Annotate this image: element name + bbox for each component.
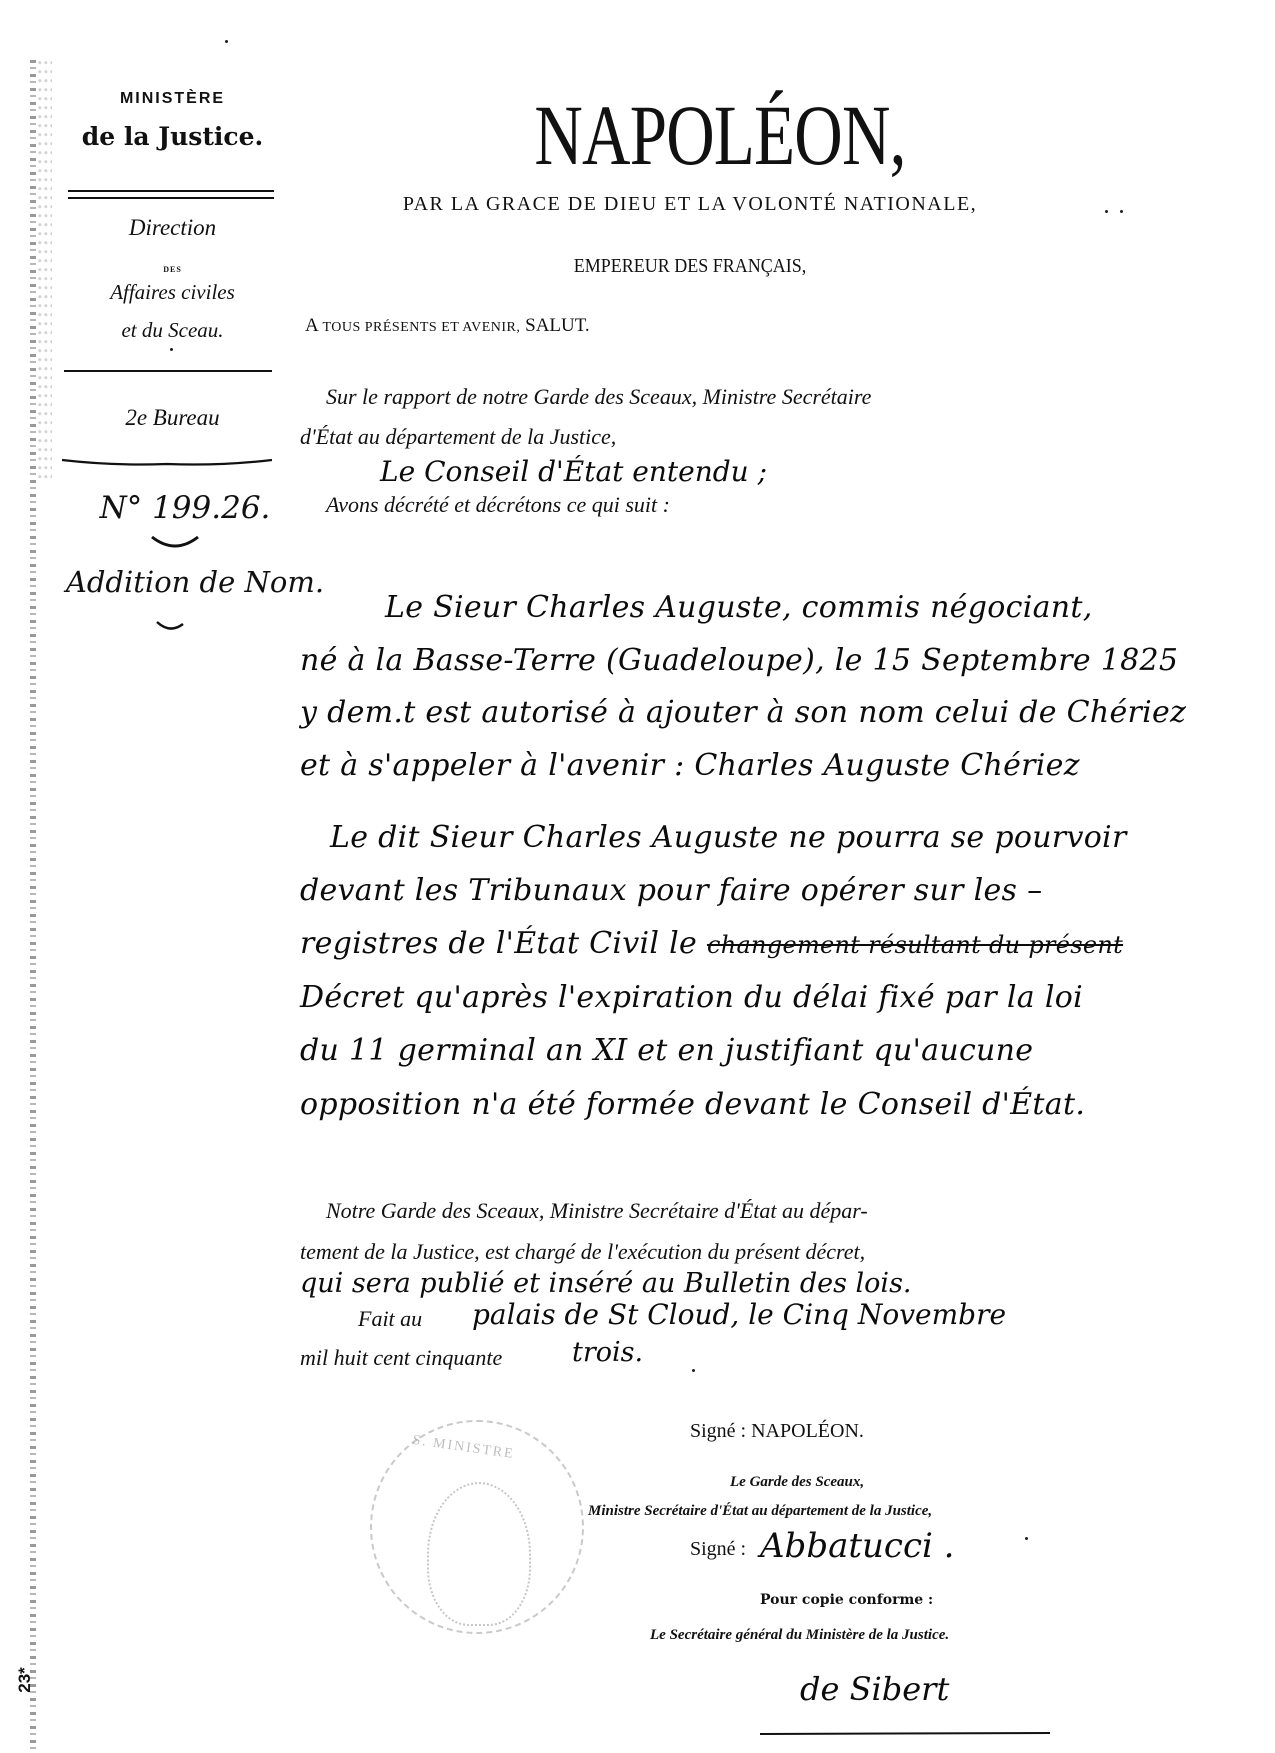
document-title: NAPOLÉON, — [494, 92, 946, 178]
sceau-label: et du Sceau. — [60, 318, 285, 343]
rule-divider — [64, 370, 272, 372]
article2-line: registres de l'État Civil le changement … — [300, 926, 1123, 961]
closing-line-1: Notre Garde des Sceaux, Ministre Secréta… — [326, 1198, 868, 1224]
secretaire-general-label: Le Secrétaire général du Ministère de la… — [650, 1627, 949, 1644]
scan-speck — [225, 40, 228, 43]
brace-flourish-icon — [150, 535, 200, 549]
year-handwritten: trois. — [572, 1337, 643, 1368]
article2-line: devant les Tribunaux pour faire opérer s… — [300, 873, 1042, 908]
handwritten-place-date: palais de St Cloud, le Cinq Novembre — [472, 1298, 1006, 1331]
salutation: A TOUS PRÉSENTS ET AVENIR, SALUT. — [305, 315, 590, 337]
page-number: 23* — [15, 1667, 35, 1693]
signed-napoleon: Signé : NAPOLÉON. — [690, 1420, 864, 1443]
preamble-line-2: d'État au département de la Justice, — [300, 424, 616, 450]
signed-label: Signé : — [690, 1538, 746, 1561]
direction-label: Direction — [60, 215, 285, 241]
seal-legend: S. MINISTRE — [411, 1433, 515, 1463]
preamble-line-3: Avons décrété et décrétons ce qui suit : — [326, 492, 670, 518]
ministry-seal-stamp: S. MINISTRE — [370, 1420, 584, 1634]
swash-rule-divider — [62, 458, 272, 466]
closing-line-2: tement de la Justice, est chargé de l'ex… — [300, 1239, 865, 1265]
year-handwritten-word: trois — [572, 1337, 635, 1368]
salutation-word: SALUT. — [525, 315, 590, 336]
article1-line: y dem.t est autorisé à ajouter à son nom… — [300, 695, 1186, 730]
scan-speck — [692, 1369, 695, 1372]
brace-flourish-icon — [155, 620, 185, 632]
year-printed: mil huit cent cinquante — [300, 1345, 502, 1371]
year-end-period: . — [635, 1337, 644, 1368]
article1-line: et à s'appeler à l'avenir : Charles Augu… — [300, 748, 1080, 783]
torn-paper-edge — [30, 60, 36, 1753]
file-number: N° 199.26. — [80, 490, 290, 526]
affaires-civiles-label: Affaires civiles — [60, 280, 285, 305]
garde-des-sceaux-label: Le Garde des Sceaux, — [730, 1474, 864, 1491]
signature-de-sibert: de Sibert — [800, 1670, 949, 1708]
ministry-label: MINISTÈRE — [60, 90, 285, 108]
ministre-secretaire-label: Ministre Secrétaire d'État au départemen… — [588, 1503, 932, 1520]
scan-speck — [170, 348, 173, 351]
article1-line: né à la Basse-Terre (Guadeloupe), le 15 … — [300, 643, 1178, 678]
article2-line: Décret qu'après l'expiration du délai fi… — [300, 980, 1083, 1015]
scan-speck — [1025, 1537, 1028, 1540]
article2-line: opposition n'a été formée devant le Cons… — [300, 1087, 1085, 1122]
seal-emblem — [427, 1482, 531, 1626]
des-label: DES — [60, 265, 285, 274]
struck-through-text: changement résultant du présent — [707, 931, 1123, 959]
handwritten-conseil-entendu: Le Conseil d'État entendu ; — [380, 455, 767, 488]
article1-line: Le Sieur Charles Auguste, commis négocia… — [385, 590, 1093, 625]
scan-speck — [1105, 210, 1108, 213]
bureau-label: 2e Bureau — [60, 405, 285, 431]
handwritten-publication: qui sera publié et inséré au Bulletin de… — [300, 1268, 912, 1299]
pour-copie-conforme: Pour copie conforme : — [760, 1592, 933, 1608]
fait-au-label: Fait au — [358, 1306, 422, 1332]
title-subtitle: PAR LA GRACE DE DIEU ET LA VOLONTÉ NATIO… — [290, 193, 1090, 216]
signature-abbatucci: Abbatucci . — [760, 1526, 955, 1566]
double-rule-divider — [68, 190, 274, 199]
scan-speck — [1120, 210, 1123, 213]
article2-line: Le dit Sieur Charles Auguste ne pourra s… — [330, 820, 1127, 855]
salutation-prefix: A — [305, 315, 318, 336]
paper-stain — [38, 60, 52, 480]
ministry-name: de la Justice. — [60, 122, 285, 151]
emperor-title: EMPEREUR DES FRANÇAIS, — [456, 255, 924, 278]
salutation-smallcaps: TOUS PRÉSENTS ET AVENIR, — [322, 320, 520, 335]
article2-line3-text: registres de l'État Civil le — [300, 926, 707, 961]
preamble-line-1: Sur le rapport de notre Garde des Sceaux… — [326, 384, 871, 410]
subject-label: Addition de Nom. — [65, 565, 325, 599]
signature-flourish-line — [760, 1732, 1050, 1735]
article2-line: du 11 germinal an XI et en justifiant qu… — [300, 1033, 1033, 1068]
